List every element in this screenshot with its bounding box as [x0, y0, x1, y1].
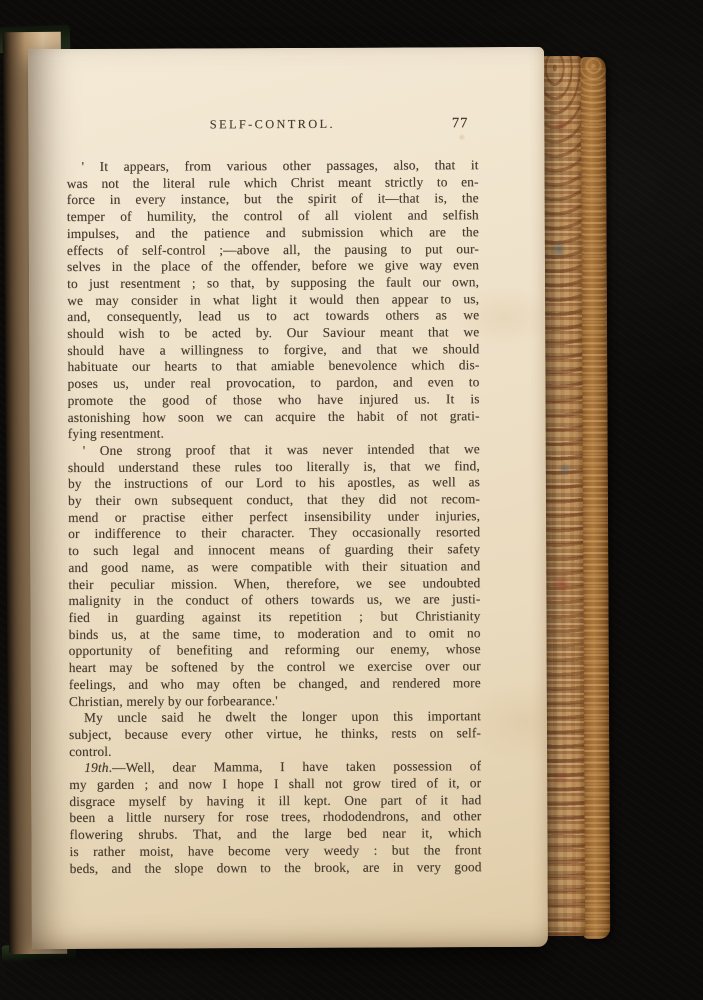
- text-line: was not the literal rule which Christ me…: [67, 174, 479, 193]
- page-number: 77: [452, 113, 469, 133]
- text-line: habituate our hearts to that amiable ben…: [67, 358, 479, 377]
- text-line: mend or practise either perfect insensib…: [68, 508, 480, 527]
- running-title: SELF-CONTROL.: [66, 113, 478, 135]
- text-line: feelings, and who may often be changed, …: [69, 675, 481, 694]
- paragraph-continued: my garden ; and now I hope I shall not g…: [69, 775, 481, 877]
- book-page: SELF-CONTROL. 77 ' It appears, from vari…: [28, 47, 548, 949]
- text-line: 19th.—Well, dear Mamma, I have taken pos…: [69, 758, 481, 777]
- text-line: Christian, merely by our forbearance.': [69, 692, 481, 711]
- marbled-fore-edge: [541, 56, 586, 936]
- text-line: by the instructions of our Lord to his a…: [68, 475, 480, 494]
- text-line: flowering shrubs. That, and the large be…: [69, 825, 481, 844]
- photo-background: SELF-CONTROL. 77 ' It appears, from vari…: [0, 0, 703, 1000]
- text-line: ' It appears, from various other passage…: [67, 157, 479, 176]
- text-line: by their own subsequent conduct, that th…: [68, 491, 480, 510]
- text-line: My uncle said he dwelt the longer upon t…: [69, 708, 481, 727]
- text-line: ' One strong proof that it was never int…: [68, 441, 480, 460]
- text-line: and good name, as were compatible with t…: [68, 558, 480, 577]
- diary-date: 19th: [84, 760, 108, 775]
- text-line: been a little nursery for rose trees, rh…: [69, 809, 481, 828]
- paragraph: ' It appears, from various other passage…: [67, 157, 480, 443]
- text-line: should have a willingness to forgive, an…: [67, 341, 479, 360]
- text-line: opportunity of benefiting and reforming …: [69, 642, 481, 661]
- text-line: impulses, and the patience and submissio…: [67, 224, 479, 243]
- text-line: binds us, at the same time, to moderatio…: [69, 625, 481, 644]
- text-line: force in every instance, but the spirit …: [67, 191, 479, 210]
- text-line: control.: [69, 742, 481, 761]
- text-line: and, consequently, lead us to act toward…: [67, 307, 479, 326]
- text-line: or indifference to their character. They…: [68, 525, 480, 544]
- page-text-block: SELF-CONTROL. 77 ' It appears, from vari…: [66, 113, 481, 877]
- text-line: promote the good of those who have injur…: [68, 391, 480, 410]
- text-line: disgrace myself by having it ill kept. O…: [69, 792, 481, 811]
- text-line: we may consider in what light it would t…: [67, 291, 479, 310]
- paragraph: 19th.—Well, dear Mamma, I have taken pos…: [69, 758, 482, 877]
- text-line: to such legal and innocent means of guar…: [68, 541, 480, 560]
- text-line-rest: .—Well, dear Mamma, I have taken possess…: [109, 758, 482, 775]
- text-line: malignity in the conduct of others towar…: [68, 591, 480, 610]
- text-line: subject, because every other virtue, he …: [69, 725, 481, 744]
- text-line: selves in the place of the offender, bef…: [67, 257, 479, 276]
- paragraph: My uncle said he dwelt the longer upon t…: [69, 708, 481, 760]
- text-line: to just resentment ; so that, by supposi…: [67, 274, 479, 293]
- text-line: beds, and the slope down to the brook, a…: [70, 859, 482, 878]
- text-line: should understand these rules too litera…: [68, 458, 480, 477]
- text-line: my garden ; and now I hope I shall not g…: [69, 775, 481, 794]
- text-line: should wish to be acted by. Our Saviour …: [67, 324, 479, 343]
- text-line: heart may be softened by the control we …: [69, 658, 481, 677]
- text-line: poses us, under real provocation, to par…: [67, 374, 479, 393]
- text-line: temper of humility, the control of all v…: [67, 207, 479, 226]
- text-line: fying resentment.: [68, 424, 480, 443]
- text-line: their peculiar mission. When, therefore,…: [68, 575, 480, 594]
- page-body: ' It appears, from various other passage…: [67, 157, 482, 877]
- text-line: fied in guarding against its repetition …: [68, 608, 480, 627]
- page-header: SELF-CONTROL. 77: [66, 113, 478, 135]
- paragraph: ' One strong proof that it was never int…: [68, 441, 481, 710]
- text-line: astonishing how soon we can acquire the …: [68, 408, 480, 427]
- text-line: effects of self-control ;—above all, the…: [67, 241, 479, 260]
- text-line: is rather moist, have become very weedy …: [70, 842, 482, 861]
